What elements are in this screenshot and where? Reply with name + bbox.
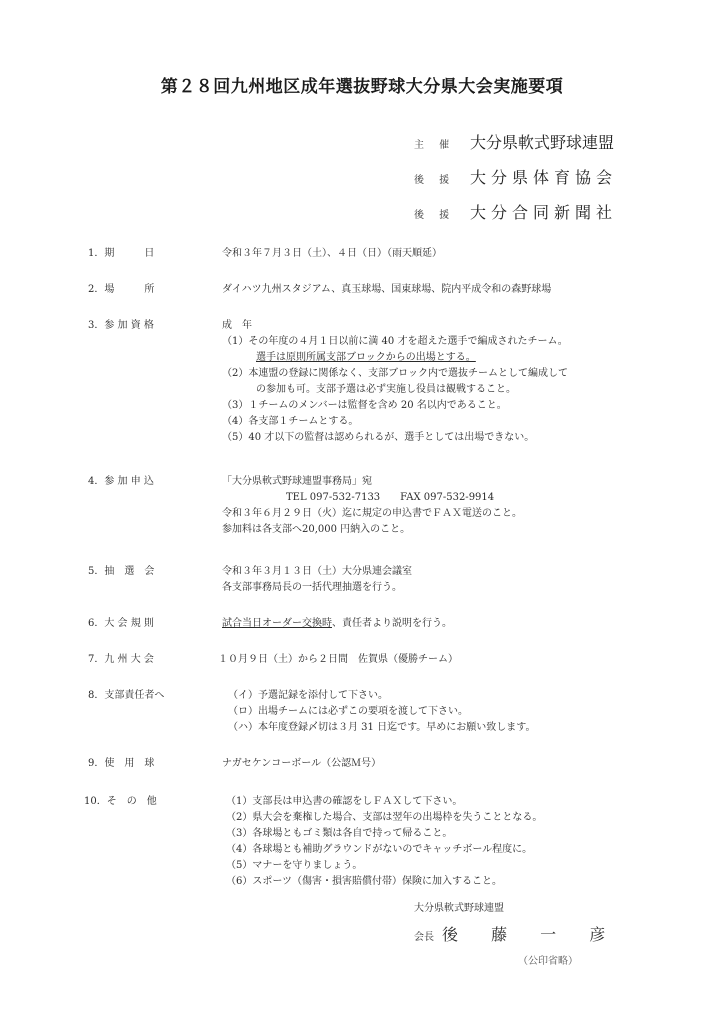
item-text-underlined: 試合当日オーダー交換時 — [222, 618, 332, 629]
item-line: ナガセケンコーボール（公認Ｍ号） — [222, 756, 381, 772]
item-label: 3．参 加 資 格 — [88, 318, 218, 334]
signature-org: 大分県軟式野球連盟 — [414, 899, 504, 914]
item-label: 9．使 用 球 — [88, 756, 218, 772]
document-title: 第２８回九州地区成年選抜野球大分県大会実施要項 — [0, 72, 724, 97]
contact-line: TEL 097-532-7133 FAX 097-532-9914 — [222, 490, 522, 506]
signature-role: 会長 — [414, 928, 434, 943]
organizer-role: 主 催 — [414, 136, 470, 151]
item-text: 、責任者より説明を行う。 — [332, 618, 452, 629]
item-line: （1）その年度の４月１日以前に満 40 才を超えた選手で編成されたチーム。 — [222, 334, 568, 350]
item-line: 令和３年６月２９日（火）迄に規定の申込書でＦＡＸ電送のこと。 — [222, 506, 522, 522]
item-label: 10．そ の 他 — [84, 794, 214, 810]
item-label: 1．期 日 — [88, 246, 218, 262]
item-line: （4）各支部１チームとする。 — [222, 414, 568, 430]
item-label: 5．抽 選 会 — [88, 564, 218, 580]
item-line: （6）スポーツ（傷害・損害賠償付帯）保険に加入すること。 — [226, 874, 542, 890]
item-line: 「大分県軟式野球連盟事務局」宛 — [222, 474, 522, 490]
item-line: （ロ）出場チームには必ずこの要項を渡して下さい。 — [228, 704, 535, 720]
organizer-role: 後 援 — [414, 171, 470, 186]
organizer-name: 大分県軟式野球連盟 — [470, 130, 614, 153]
organizer-name: 大分県体育協会 — [470, 165, 617, 188]
seal-note: （公印省略） — [518, 952, 578, 967]
signature-name: 後 藤 一 彦 — [442, 922, 619, 945]
organizer-role: 後 援 — [414, 206, 470, 221]
item-line: （ハ）本年度登録〆切は３月 31 日迄です。早めにお願い致します。 — [228, 720, 535, 736]
item-label: 4．参 加 申 込 — [88, 474, 218, 490]
item-line: 各支部事務局長の一括代理抽選を行う。 — [222, 580, 412, 596]
item-line: 令和３年７月３日（土）、４日（日）（雨天順延） — [222, 246, 442, 262]
organizer-name: 大分合同新聞社 — [470, 200, 617, 223]
item-label: 8．支部責任者へ — [88, 688, 218, 704]
item-line: （5）マナーを守りましょう。 — [226, 858, 542, 874]
item-line: ダイハツ九州スタジアム、真玉球場、国東球場、院内平成令和の森野球場 — [222, 282, 551, 298]
item-line: （2）本連盟の登録に関係なく、支部ブロック内で選抜チームとして編成して — [222, 366, 568, 382]
item-label: 6．大 会 規 則 — [88, 616, 218, 632]
item-line: （1）支部長は申込書の確認をしＦＡＸして下さい。 — [226, 794, 542, 810]
item-line: 成 年 — [222, 318, 568, 334]
item-line: （4）各球場とも補助グラウンドがないのでキャッチボール程度に。 — [226, 842, 542, 858]
organizer-support-1: 後 援 大分県体育協会 — [414, 165, 617, 188]
item-line: １０月９日（土）から２日間 佐賀県（優勝チーム） — [218, 652, 458, 668]
item-label: 7．九 州 大 会 — [88, 652, 218, 668]
organizer-host: 主 催 大分県軟式野球連盟 — [414, 130, 614, 153]
item-line: （3）各球場ともゴミ類は各自で持って帰ること。 — [226, 826, 542, 842]
organizer-support-2: 後 援 大分合同新聞社 — [414, 200, 617, 223]
item-line: （2）県大会を棄権した場合、支部は翌年の出場枠を失うこととなる。 — [226, 810, 542, 826]
item-line: の参加も可。支部予選は必ず実施し役員は観戦すること。 — [222, 382, 568, 398]
item-line: 令和３年３月１３日（土）大分県連会議室 — [222, 564, 412, 580]
item-line: （イ）予選記録を添付して下さい。 — [228, 688, 535, 704]
item-label: 2．場 所 — [88, 282, 218, 298]
item-line: （5）40 才以下の監督は認められるが、選手としては出場できない。 — [222, 430, 568, 446]
item-line: 参加料は各支部へ20,000 円納入のこと。 — [222, 522, 522, 538]
signature: 会長 後 藤 一 彦 — [414, 922, 619, 945]
item-line: （3）１チームのメンバーは監督を含め 20 名以内であること。 — [222, 398, 568, 414]
item-line-underlined: 選手は原則所属支部ブロックからの出場とする。 — [222, 350, 568, 366]
